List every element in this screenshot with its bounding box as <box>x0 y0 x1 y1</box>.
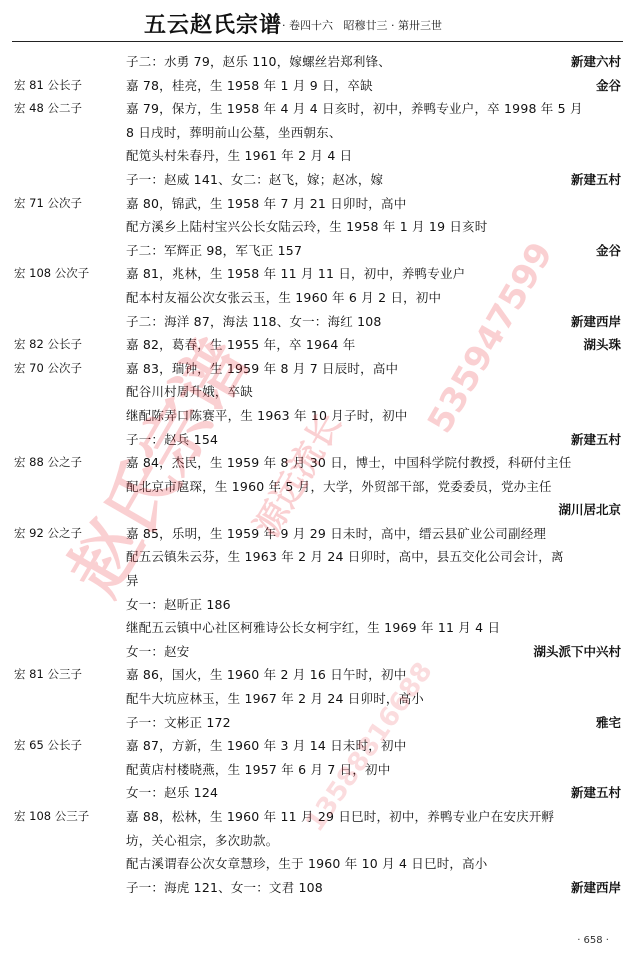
entry-line: 宏 108 公次子嘉 81，兆林，生 1958 年 11 月 11 日，初中，养… <box>0 262 635 286</box>
entry-text: 嘉 85，乐明，生 1959 年 9 月 29 日未时，高中，缙云县矿业公司副经… <box>126 522 546 546</box>
entry-text: 嘉 81，兆林，生 1958 年 11 月 11 日，初中，养鸭专业户 <box>126 262 465 286</box>
entry-text: 子一：赵兵 154 <box>126 428 218 452</box>
entry-text: 女一：赵安 <box>126 640 190 664</box>
entry-line: 配五云镇朱云芬，生 1963 年 2 月 24 日卯时，高中，县五交化公司会计，… <box>0 545 635 569</box>
lineage-label: 宏 48 公二子 <box>14 97 82 121</box>
entry-text: 子一：赵威 141、女二：赵飞，嫁；赵冰，嫁 <box>126 168 383 192</box>
lineage-label: 宏 81 公三子 <box>14 663 82 687</box>
entry-line: 宏 108 公三子嘉 88，松林，生 1960 年 11 月 29 日巳时，初中… <box>0 805 635 829</box>
entry-line: 宏 82 公长子嘉 82，葛春，生 1955 年，卒 1964 年湖头珠 <box>0 333 635 357</box>
entry-text: 子一：海虎 121、女一：文君 108 <box>126 876 323 900</box>
entry-line: 子二：海洋 87，海法 118、女一：海红 108新建西岸 <box>0 310 635 334</box>
volume-subtitle: · 卷四十六 昭穆廿三 · 第卅三世 <box>282 17 442 33</box>
lineage-label: 宏 108 公次子 <box>14 262 89 286</box>
entry-line: 宏 65 公长子嘉 87，方新，生 1960 年 3 月 14 日未时，初中 <box>0 734 635 758</box>
entry-text: 8 日戌时，葬明前山公墓，坐西朝东、 <box>126 121 342 145</box>
entry-text: 继配陈弄口陈赛平，生 1963 年 10 月子时，初中 <box>126 404 408 428</box>
entry-line: 宏 81 公三子嘉 86，国火，生 1960 年 2 月 16 日午时，初中 <box>0 663 635 687</box>
lineage-label: 宏 92 公之子 <box>14 522 82 546</box>
entry-text: 子二：海洋 87，海法 118、女一：海红 108 <box>126 310 382 334</box>
entry-line: 配牛大坑应林玉，生 1967 年 2 月 24 日卯时，高小 <box>0 687 635 711</box>
entry-text: 子一：文彬正 172 <box>126 711 231 735</box>
residence-location: 金谷 <box>596 239 621 263</box>
page-header: 五云赵氏宗谱 · 卷四十六 昭穆廿三 · 第卅三世 <box>0 0 635 42</box>
entry-text: 嘉 82，葛春，生 1955 年，卒 1964 年 <box>126 333 355 357</box>
entry-text: 女一：赵乐 124 <box>126 781 218 805</box>
entry-text: 嘉 79，保方，生 1958 年 4 月 4 日亥时，初中，养鸭专业户，卒 19… <box>126 97 583 121</box>
entry-text: 嘉 80，锦武，生 1958 年 7 月 21 日卯时，高中 <box>126 192 406 216</box>
entry-text: 配黄店村楼晓燕，生 1957 年 6 月 7 日，初中 <box>126 758 390 782</box>
entry-line: 8 日戌时，葬明前山公墓，坐西朝东、 <box>0 121 635 145</box>
entry-text: 嘉 86，国火，生 1960 年 2 月 16 日午时，初中 <box>126 663 406 687</box>
entry-text: 嘉 78，桂亮，生 1958 年 1 月 9 日，卒缺 <box>126 74 373 98</box>
entry-text: 配谷川村周升娥，卒缺 <box>126 380 253 404</box>
entry-line: 女一：赵安湖头派下中兴村 <box>0 640 635 664</box>
header-divider <box>12 41 623 42</box>
entry-line: 女一：赵昕正 186 <box>0 593 635 617</box>
entry-line: 子一：文彬正 172雅宅 <box>0 711 635 735</box>
entry-text: 嘉 83，瑞钟，生 1959 年 8 月 7 日辰时，高中 <box>126 357 398 381</box>
entry-text: 继配五云镇中心社区柯雅诗公长女柯宇红，生 1969 年 11 月 4 日 <box>126 616 500 640</box>
entry-line: 宏 71 公次子嘉 80，锦武，生 1958 年 7 月 21 日卯时，高中 <box>0 192 635 216</box>
residence-location: 雅宅 <box>596 711 621 735</box>
entry-line: 宏 92 公之子嘉 85，乐明，生 1959 年 9 月 29 日未时，高中，缙… <box>0 522 635 546</box>
entry-line: 子一：海虎 121、女一：文君 108新建西岸 <box>0 876 635 900</box>
entry-text: 配牛大坑应林玉，生 1967 年 2 月 24 日卯时，高小 <box>126 687 424 711</box>
entry-line: 异 <box>0 569 635 593</box>
entry-line: 子一：赵威 141、女二：赵飞，嫁；赵冰，嫁新建五村 <box>0 168 635 192</box>
entry-line: 配黄店村楼晓燕，生 1957 年 6 月 7 日，初中 <box>0 758 635 782</box>
residence-location: 新建五村 <box>571 428 621 452</box>
entry-line: 女一：赵乐 124新建五村 <box>0 781 635 805</box>
entry-line: 配谷川村周升娥，卒缺 <box>0 380 635 404</box>
book-title: 五云赵氏宗谱 <box>144 8 282 39</box>
residence-location: 金谷 <box>596 74 621 98</box>
entry-line: 坊，关心祖宗，多次助款。 <box>0 829 635 853</box>
entry-line: 配古溪谓春公次女章慧珍，生于 1960 年 10 月 4 日巳时，高小 <box>0 852 635 876</box>
lineage-label: 宏 82 公长子 <box>14 333 82 357</box>
lineage-label: 宏 70 公次子 <box>14 357 82 381</box>
entry-line: 继配五云镇中心社区柯雅诗公长女柯宇红，生 1969 年 11 月 4 日 <box>0 616 635 640</box>
entry-text: 配方溪乡上陆村宝兴公长女陆云玲，生 1958 年 1 月 19 日亥时 <box>126 215 488 239</box>
entry-line: 宏 70 公次子嘉 83，瑞钟，生 1959 年 8 月 7 日辰时，高中 <box>0 357 635 381</box>
lineage-label: 宏 108 公三子 <box>14 805 89 829</box>
entry-text: 配五云镇朱云芬，生 1963 年 2 月 24 日卯时，高中，县五交化公司会计，… <box>126 545 564 569</box>
residence-location: 新建西岸 <box>571 876 621 900</box>
entry-text: 配北京市扈琛，生 1960 年 5 月，大学，外贸部干部，党委委员，党办主任 <box>126 475 552 499</box>
entry-text: 嘉 87，方新，生 1960 年 3 月 14 日未时，初中 <box>126 734 406 758</box>
entry-line: 继配陈弄口陈赛平，生 1963 年 10 月子时，初中 <box>0 404 635 428</box>
entry-line: 配本村友福公次女张云玉，生 1960 年 6 月 2 日，初中 <box>0 286 635 310</box>
entry-line: 子二：军辉正 98，军飞正 157金谷 <box>0 239 635 263</box>
residence-location: 新建西岸 <box>571 310 621 334</box>
entry-text: 配古溪谓春公次女章慧珍，生于 1960 年 10 月 4 日巳时，高小 <box>126 852 488 876</box>
entry-line: 宏 88 公之子嘉 84，杰民，生 1959 年 8 月 30 日，博士，中国科… <box>0 451 635 475</box>
entry-text: 配本村友福公次女张云玉，生 1960 年 6 月 2 日，初中 <box>126 286 441 310</box>
lineage-label: 宏 65 公长子 <box>14 734 82 758</box>
residence-location: 新建六村 <box>571 50 621 74</box>
residence-location: 新建五村 <box>571 781 621 805</box>
entry-line: 子二：水勇 79，赵乐 110，嫁螺丝岩郑利锋、新建六村 <box>0 50 635 74</box>
entry-line: 湖川居北京 <box>0 498 635 522</box>
entry-text: 嘉 88，松林，生 1960 年 11 月 29 日巳时，初中，养鸭专业户在安庆… <box>126 805 554 829</box>
lineage-label: 宏 88 公之子 <box>14 451 82 475</box>
entry-text: 嘉 84，杰民，生 1959 年 8 月 30 日，博士，中国科学院付教授，科研… <box>126 451 572 475</box>
entry-line: 子一：赵兵 154新建五村 <box>0 428 635 452</box>
entry-text: 坊，关心祖宗，多次助款。 <box>126 829 278 853</box>
entry-text: 异 <box>126 569 139 593</box>
entry-line: 配北京市扈琛，生 1960 年 5 月，大学，外贸部干部，党委委员，党办主任 <box>0 475 635 499</box>
entry-line: 宏 81 公长子嘉 78，桂亮，生 1958 年 1 月 9 日，卒缺金谷 <box>0 74 635 98</box>
residence-location: 湖头派下中兴村 <box>533 640 621 664</box>
residence-location: 新建五村 <box>571 168 621 192</box>
genealogy-entries: 子二：水勇 79，赵乐 110，嫁螺丝岩郑利锋、新建六村宏 81 公长子嘉 78… <box>0 50 635 899</box>
residence-location: 湖头珠 <box>583 333 621 357</box>
entry-text: 配笕头村朱春丹，生 1961 年 2 月 4 日 <box>126 144 352 168</box>
lineage-label: 宏 81 公长子 <box>14 74 82 98</box>
lineage-label: 宏 71 公次子 <box>14 192 82 216</box>
entry-line: 宏 48 公二子嘉 79，保方，生 1958 年 4 月 4 日亥时，初中，养鸭… <box>0 97 635 121</box>
entry-line: 配方溪乡上陆村宝兴公长女陆云玲，生 1958 年 1 月 19 日亥时 <box>0 215 635 239</box>
entry-text: 子二：军辉正 98，军飞正 157 <box>126 239 302 263</box>
entry-text: 女一：赵昕正 186 <box>126 593 231 617</box>
entry-line: 配笕头村朱春丹，生 1961 年 2 月 4 日 <box>0 144 635 168</box>
entry-text: 子二：水勇 79，赵乐 110，嫁螺丝岩郑利锋、 <box>126 50 391 74</box>
residence-location: 湖川居北京 <box>558 498 621 522</box>
page-number: · 658 · <box>577 935 609 946</box>
